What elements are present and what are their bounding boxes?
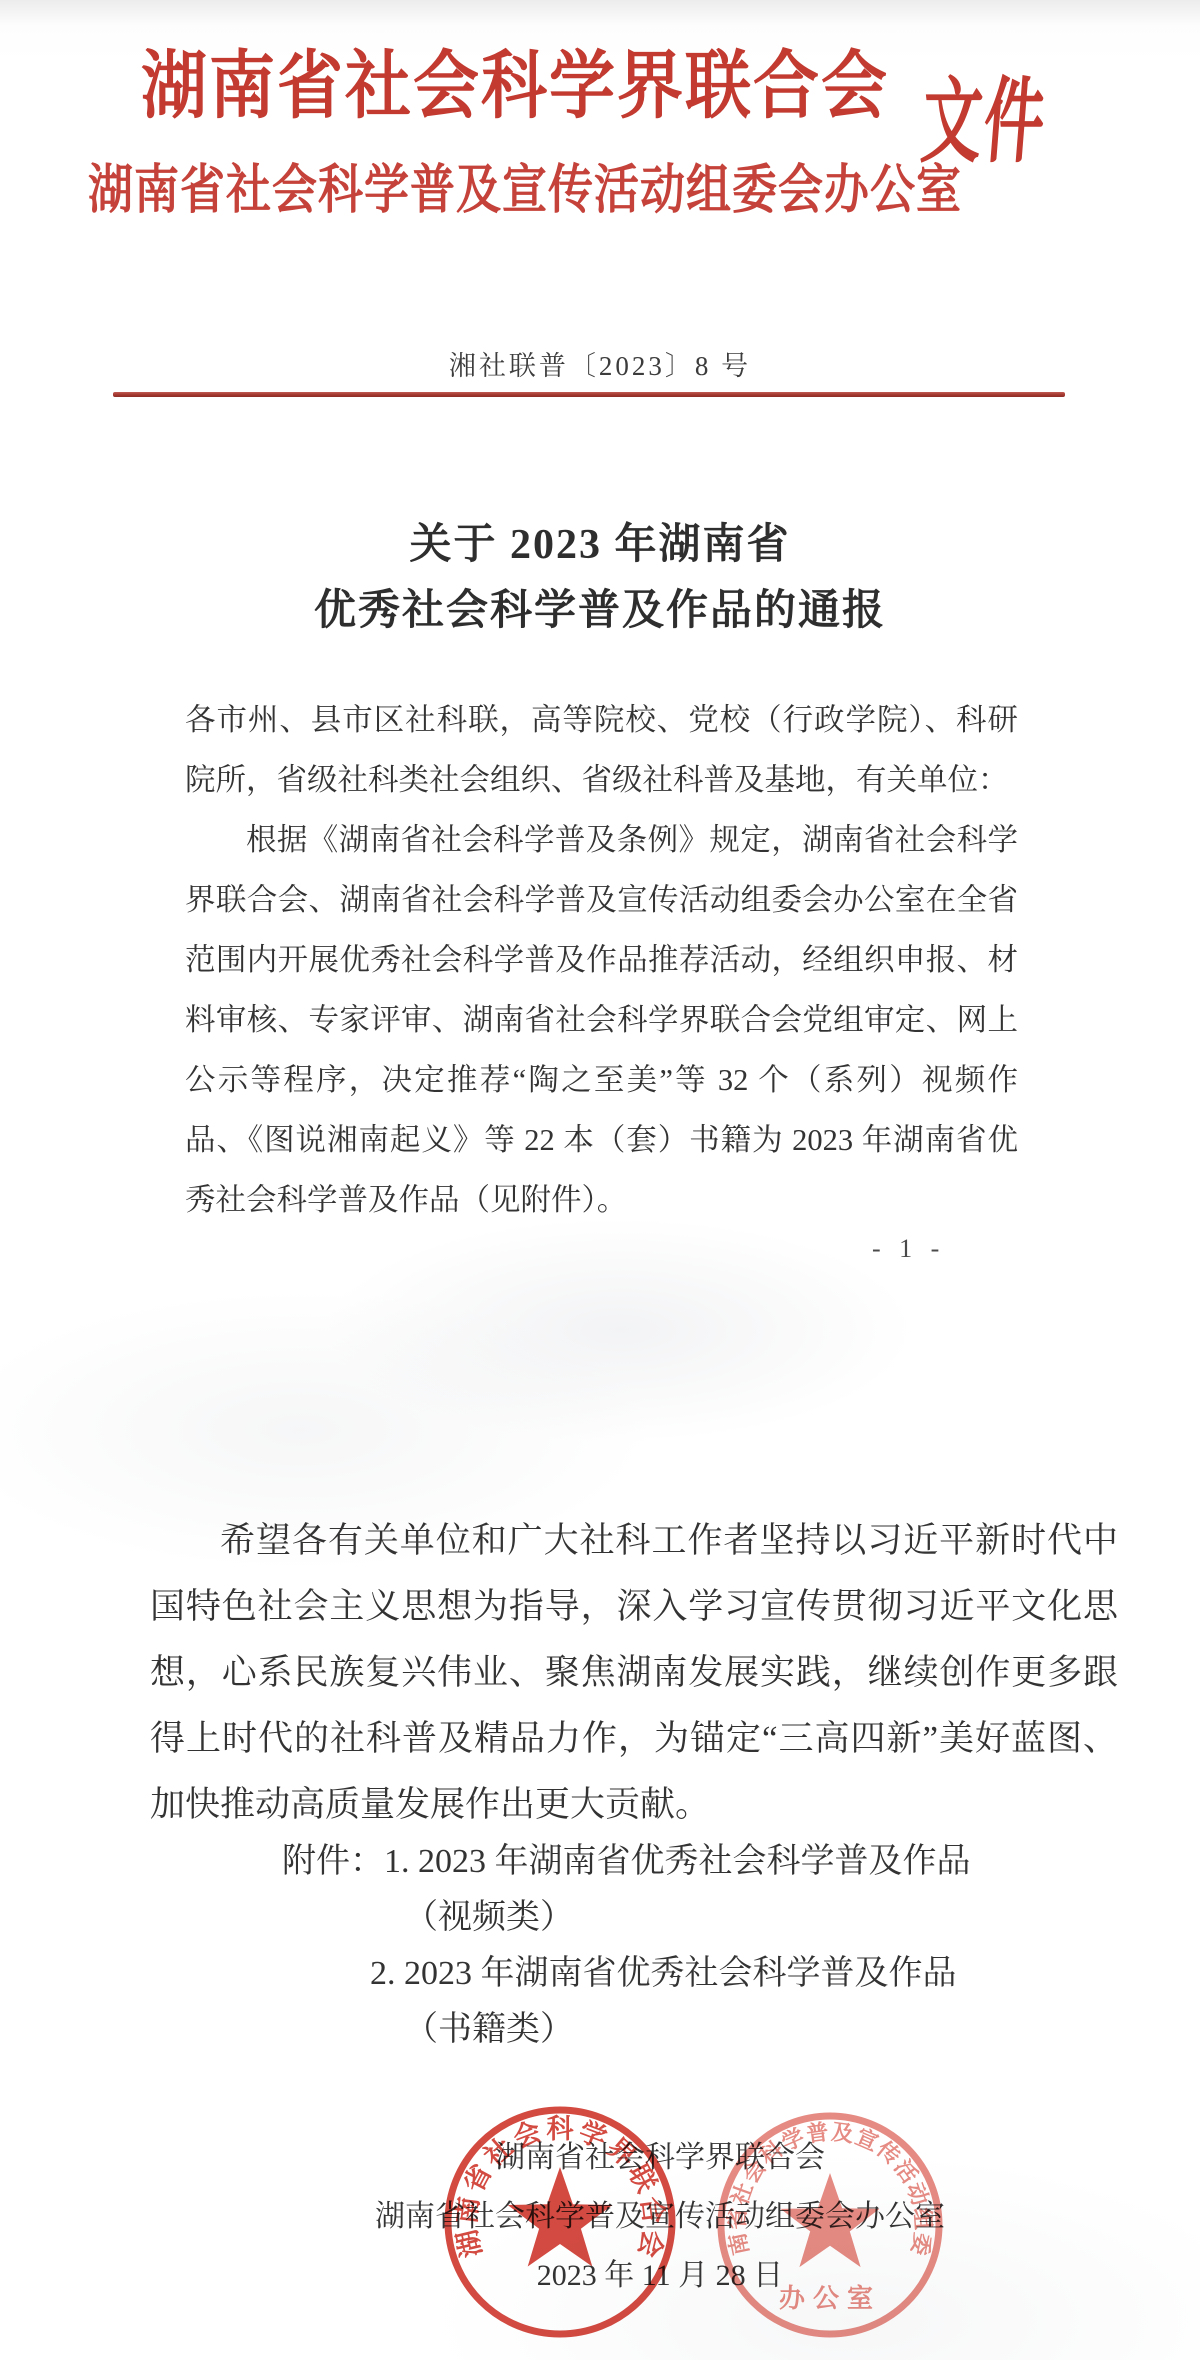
page1-number: - 1 - <box>872 1234 1032 1264</box>
red-divider-rule <box>113 392 1065 397</box>
body-paragraph-2: 希望各有关单位和广大社科工作者坚持以习近平新时代中国特色社会主义思想为指导，深入… <box>150 1508 1118 1838</box>
attachment-item-2: 2. 2023 年湖南省优秀社会科学普及作品 <box>282 1946 1082 2002</box>
document-title-line2: 优秀社会科学普及作品的通报 <box>0 578 1200 644</box>
salutation-paragraph: 各市州、县市区社科联，高等院校、党校（行政学院）、科研院所，省级社科类社会组织、… <box>185 690 1018 810</box>
seal-right-bottom-text: 办公室 <box>779 2284 881 2313</box>
attachments-block: 附件：1. 2023 年湖南省优秀社会科学普及作品 （视频类） 2. 2023 … <box>282 1834 1082 2058</box>
page1-body: 各市州、县市区社科联，高等院校、党校（行政学院）、科研院所，省级社科类社会组织、… <box>185 690 1018 1230</box>
attachment-item-2-category: （书籍类） <box>282 2002 1082 2058</box>
official-seal-left: 湖南省社会科学界联合会 <box>430 2092 690 2352</box>
document-type-label: 文件 <box>917 48 1118 181</box>
document-number: 湘社联普〔2023〕8 号 <box>0 344 1200 383</box>
official-seal-right: 湖南省社会科学普及宣传活动组委会 办公室 <box>705 2100 955 2350</box>
page2-body: 希望各有关单位和广大社科工作者坚持以习近平新时代中国特色社会主义思想为指导，深入… <box>150 1508 1118 1838</box>
body-paragraph-1: 根据《湖南省社会科学普及条例》规定，湖南省社会科学界联合会、湖南省社会科学普及宣… <box>185 810 1018 1230</box>
attachment-item-1-category: （视频类） <box>282 1890 1082 1946</box>
document-title: 关于 2023 年湖南省 优秀社会科学普及作品的通报 <box>0 512 1200 644</box>
seal-left-star-icon <box>508 2167 613 2267</box>
letterhead-org-line2: 湖南省社会科学普及宣传活动组委会办公室 <box>88 146 943 223</box>
letterhead-org-line1: 湖南省社会科学界联合会 <box>90 26 940 132</box>
document-title-line1: 关于 2023 年湖南省 <box>0 512 1200 578</box>
attachment-item-1: 附件：1. 2023 年湖南省优秀社会科学普及作品 <box>282 1834 1082 1890</box>
seal-right-star-icon <box>781 2173 880 2267</box>
official-document: 湖南省社会科学界联合会 湖南省社会科学普及宣传活动组委会办公室 文件 湘社联普〔… <box>0 0 1200 2360</box>
